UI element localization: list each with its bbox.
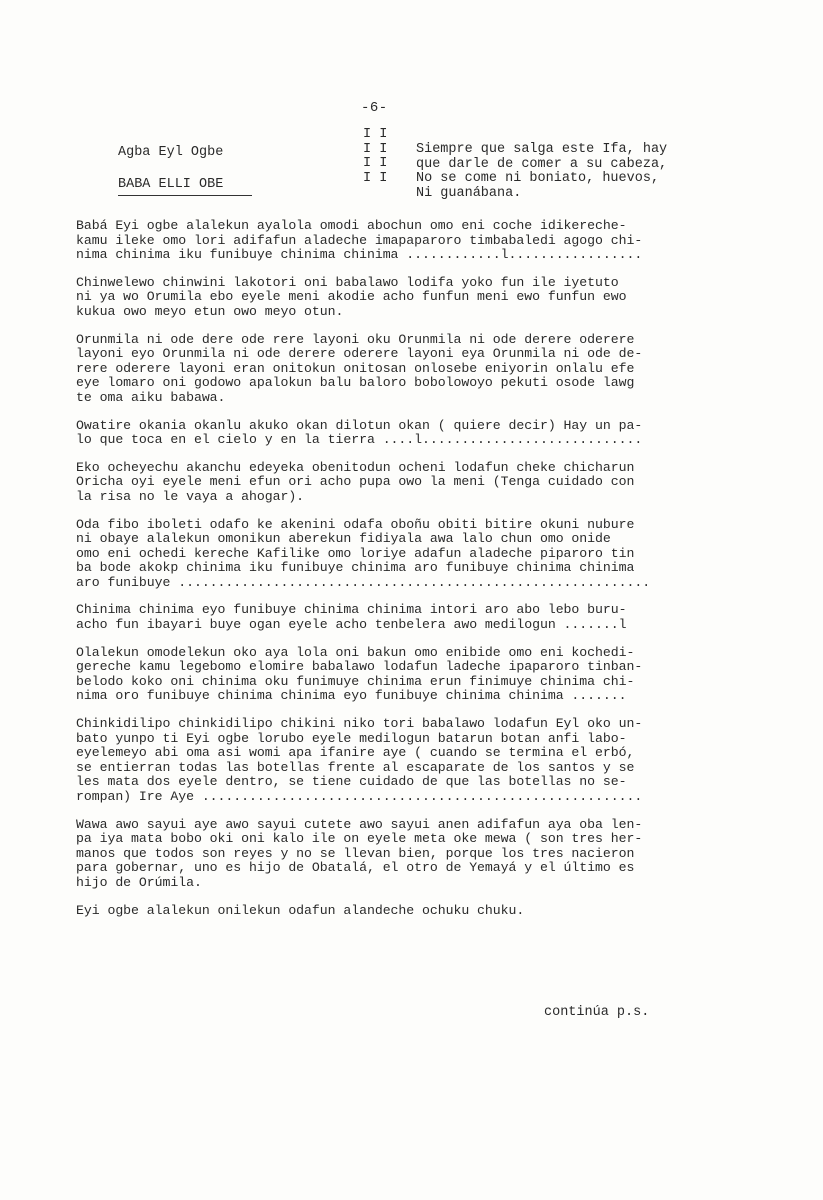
odu-marks: I I I I I I I I — [363, 128, 387, 186]
paragraph: Babá Eyi ogbe alalekun ayalola omodi abo… — [76, 219, 756, 263]
paragraph: Owatire okania okanlu akuko okan dilotun… — [76, 419, 756, 448]
paragraph: Oda fibo iboleti odafo ke akenini odafa … — [76, 518, 756, 591]
page-number: -6- — [361, 100, 388, 116]
paragraph: Olalekun omodelekun oko aya lola oni bak… — [76, 646, 756, 704]
paragraph: Chinwelewo chinwini lakotori oni babalaw… — [76, 276, 756, 320]
paragraph: Orunmila ni ode dere ode rere layoni oku… — [76, 333, 756, 406]
header-left: Agba Eyl Ogbe BABA ELLI OBE — [118, 143, 252, 196]
odu-subtitle: BABA ELLI OBE — [118, 175, 252, 196]
paragraph: Eyi ogbe alalekun onilekun odafun alande… — [76, 904, 756, 919]
paragraph: Chinima chinima eyo funibuye chinima chi… — [76, 603, 756, 632]
paragraph: Chinkidilipo chinkidilipo chikini niko t… — [76, 717, 756, 805]
header-note: Siempre que salga este Ifa, hay que darl… — [416, 143, 667, 201]
body-text: Babá Eyi ogbe alalekun ayalola omodi abo… — [76, 219, 756, 931]
paragraph: Wawa awo sayui aye awo sayui cutete awo … — [76, 818, 756, 891]
paragraph: Eko ocheyechu akanchu edeyeka obenitodun… — [76, 461, 756, 505]
odu-title: Agba Eyl Ogbe — [118, 143, 252, 163]
continuation-note: continúa p.s. — [544, 1005, 649, 1020]
